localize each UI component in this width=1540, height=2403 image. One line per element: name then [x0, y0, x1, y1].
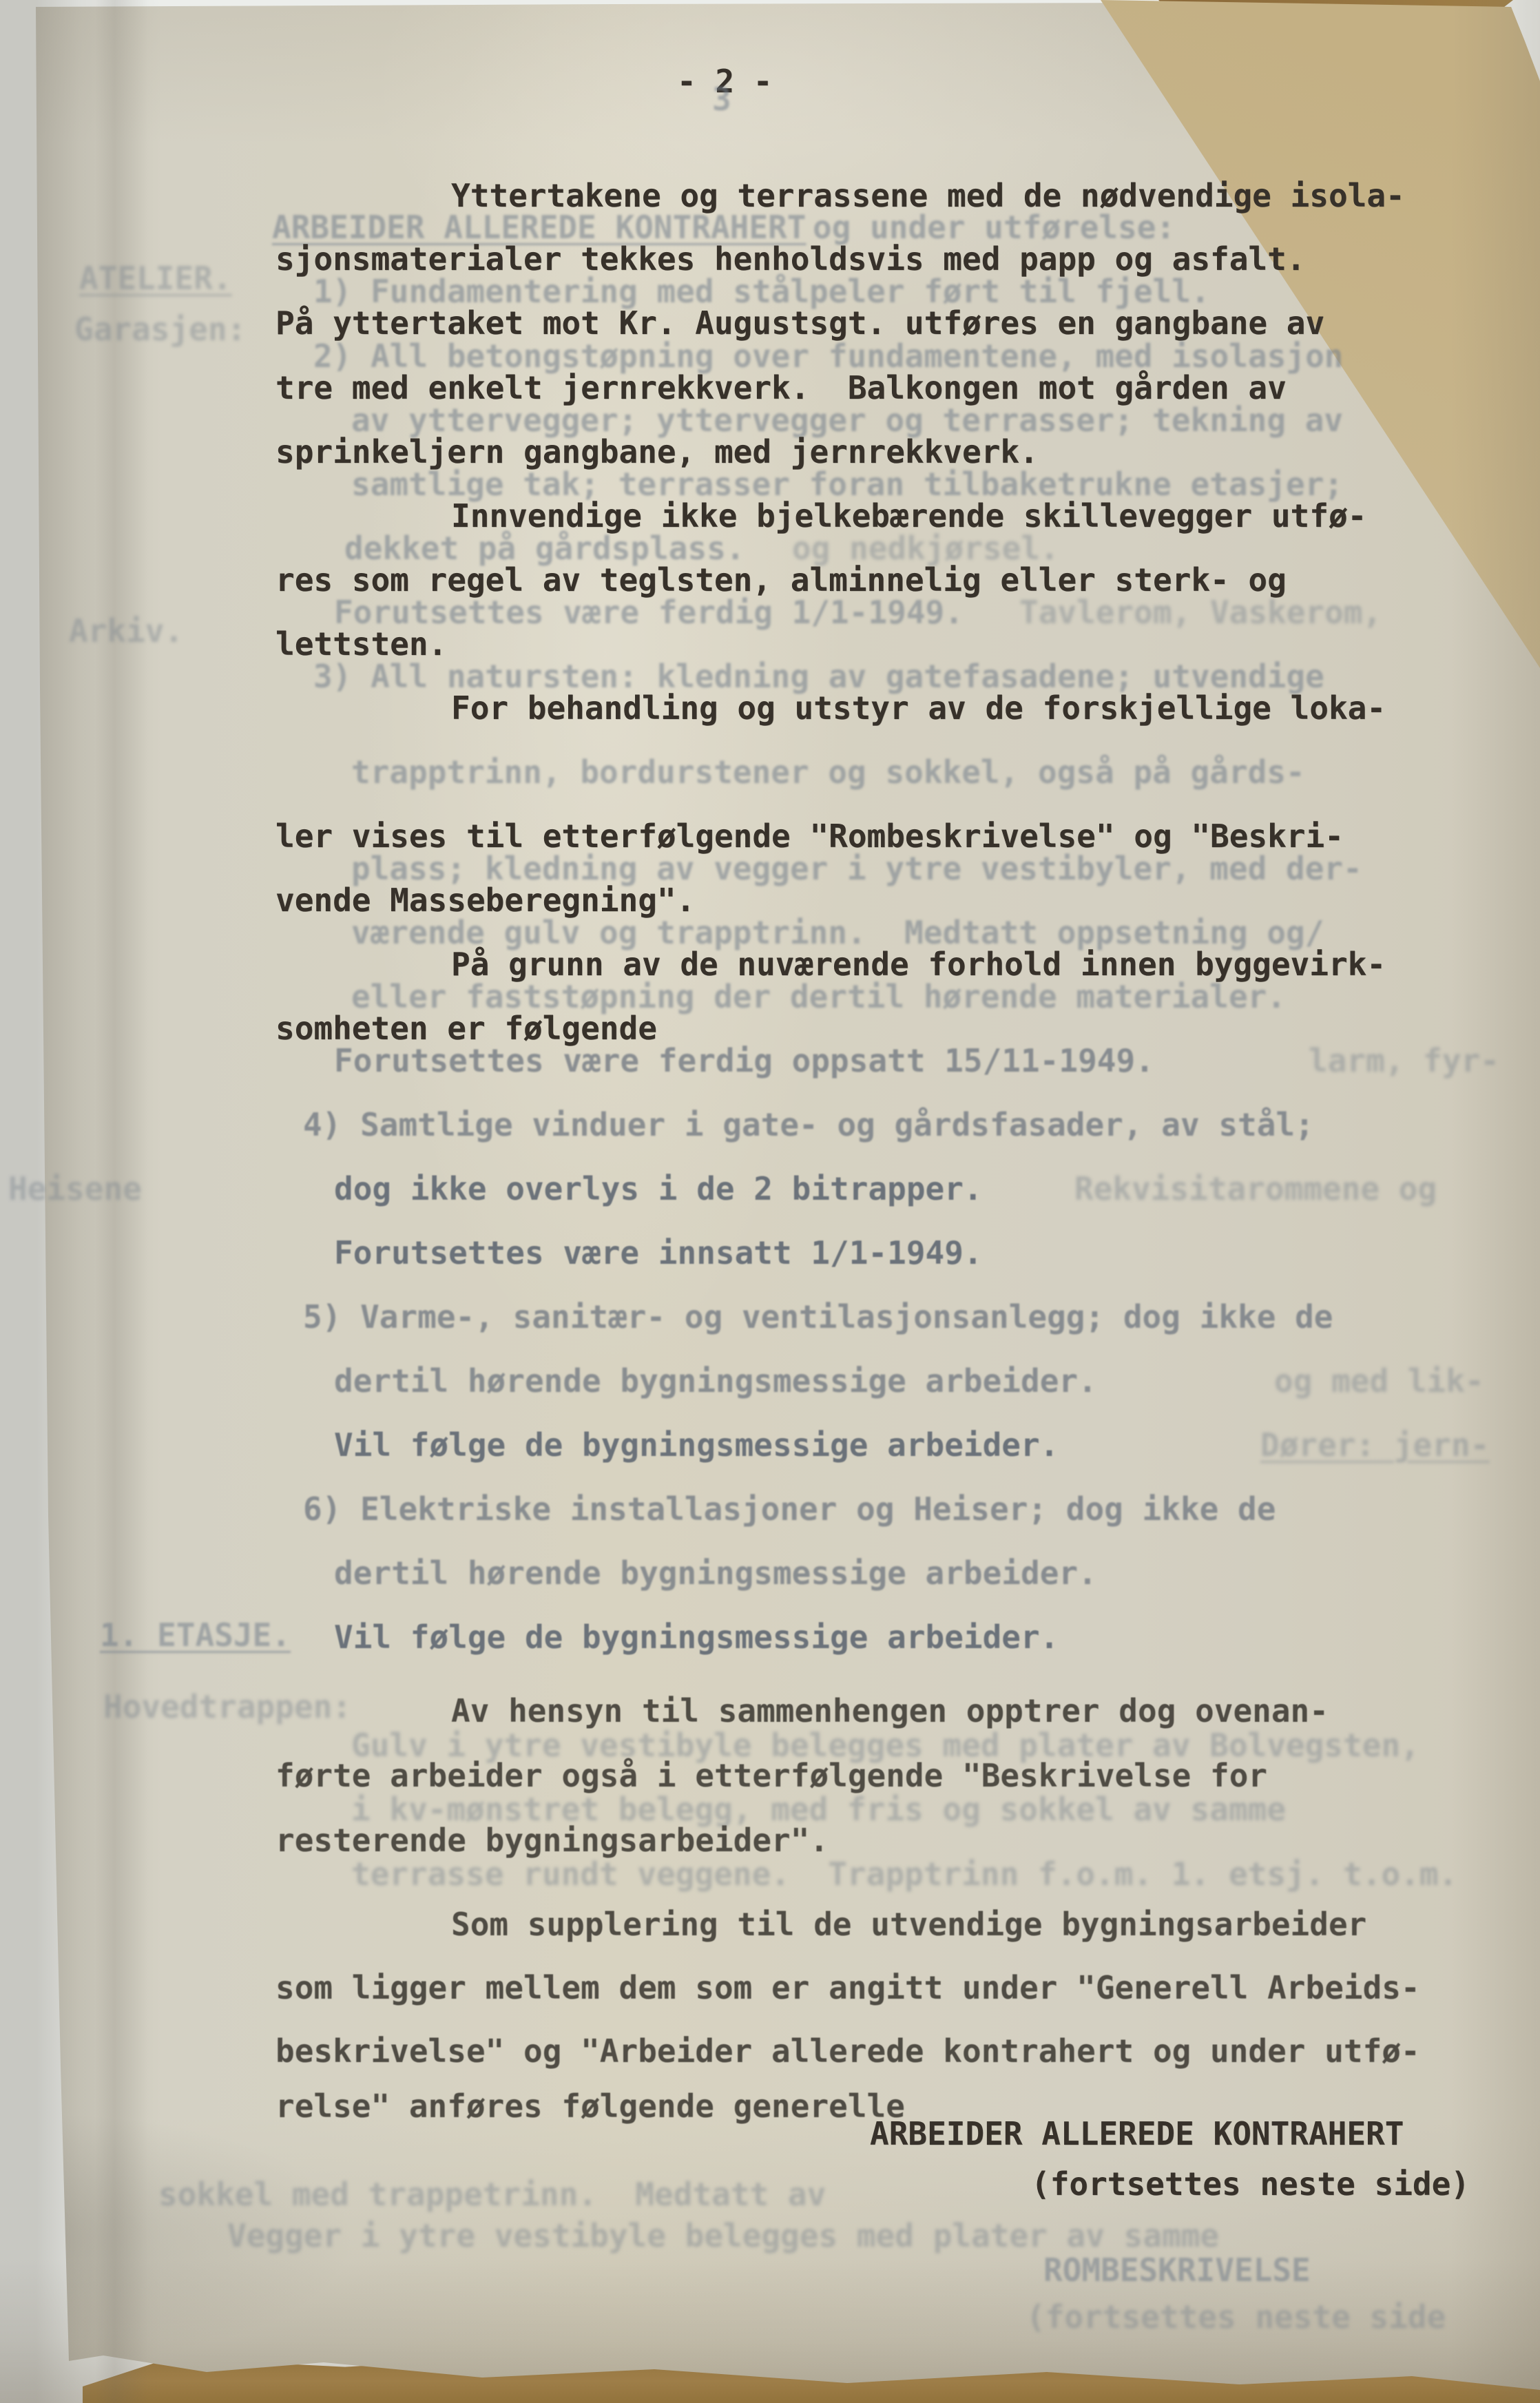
- typed-line: ler vises til etterfølgende "Rombeskrive…: [275, 818, 1344, 855]
- typed-line: sjonsmaterialer tekkes henholdsvis med p…: [275, 241, 1306, 278]
- typed-line: som ligger mellem dem som er angitt unde…: [275, 1970, 1420, 2006]
- typed-line: Som supplering til de utvendige bygnings…: [451, 1906, 1366, 1943]
- typed-line: Vil følge de bygningsmessige arbeider.: [334, 1427, 1059, 1464]
- margin-label: Heisene: [8, 1171, 142, 1207]
- ghost-line: Dører: jern-: [1260, 1427, 1489, 1464]
- document-text-layer: - 2 -3Yttertakene og terrassene med de n…: [0, 0, 1540, 2403]
- typed-line: tre med enkelt jernrekkverk. Balkongen m…: [275, 370, 1287, 406]
- typed-line: For behandling og utstyr av de forskjell…: [451, 690, 1386, 727]
- ghost-line: Tavlerom, Vaskerom,: [1019, 594, 1382, 631]
- typed-line: res som regel av teglsten, alminnelig el…: [275, 562, 1287, 599]
- ghost-line: Rekvisitarommene og: [1074, 1171, 1437, 1207]
- typed-line: 4) Samtlige vinduer i gate- og gårdsfasa…: [303, 1107, 1314, 1143]
- ghost-line: (fortsettes neste side: [1026, 2299, 1446, 2336]
- typed-line: På grunn av de nuværende forhold innen b…: [451, 946, 1386, 983]
- ghost-line: terrasse rundt veggene. Trapptrinn f.o.m…: [351, 1856, 1457, 1893]
- typed-line: somheten er følgende: [275, 1010, 657, 1047]
- typed-line: beskrivelse" og "Arbeider allerede kontr…: [275, 2033, 1420, 2070]
- typed-line: vende Masseberegning".: [275, 882, 695, 919]
- ghost-line: sokkel med trappetrinn. Medtatt av: [158, 2176, 826, 2213]
- typed-line: resterende bygningsarbeider".: [275, 1822, 829, 1859]
- margin-label: 1. ETASJE.: [100, 1617, 291, 1654]
- typed-line: Forutsettes være ferdig oppsatt 15/11-19…: [334, 1043, 1154, 1079]
- typed-line: dog ikke overlys i de 2 bitrapper.: [334, 1171, 983, 1207]
- typed-line: 5) Varme-, sanitær- og ventilasjonsanleg…: [303, 1299, 1333, 1335]
- margin-label: Arkiv.: [69, 613, 183, 649]
- continuation-note: (fortsettes neste side): [1031, 2166, 1470, 2203]
- margin-label: Garasjen:: [74, 311, 246, 348]
- typed-line: Forutsettes være innsatt 1/1-1949.: [334, 1235, 983, 1271]
- typed-line: dertil hørende bygningsmessige arbeider.: [334, 1555, 1097, 1592]
- typed-line: dertil hørende bygningsmessige arbeider.: [334, 1363, 1097, 1400]
- typed-line: sprinkeljern gangbane, med jernrekkverk.: [275, 434, 1039, 470]
- ghost-line: trapptrinn, bordurstener og sokkel, også…: [351, 754, 1305, 791]
- typed-line: 6) Elektriske installasjoner og Heiser; …: [303, 1491, 1276, 1528]
- typed-line: lettsten.: [275, 626, 447, 663]
- typed-line: Av hensyn til sammenhengen opptrer dog o…: [451, 1693, 1329, 1729]
- margin-label: Hovedtrappen:: [103, 1689, 351, 1725]
- typed-line: førte arbeider også i etterfølgende "Bes…: [275, 1758, 1267, 1794]
- ghost-page-number: 3: [712, 81, 731, 118]
- section-heading: ARBEIDER ALLEREDE KONTRAHERT: [870, 2116, 1404, 2152]
- typed-line: På yttertaket mot Kr. Augustsgt. utføres…: [275, 305, 1324, 342]
- ghost-line: larm, fyr-: [1309, 1043, 1499, 1079]
- typed-line: Innvendige ikke bjelkebærende skillevegg…: [451, 498, 1366, 534]
- ghost-line: Vegger i ytre vestibyle belegges med pla…: [227, 2218, 1219, 2254]
- margin-label: ATELIER.: [79, 260, 232, 297]
- typed-line: Vil følge de bygningsmessige arbeider.: [334, 1619, 1059, 1656]
- ghost-line: og med lik-: [1274, 1363, 1484, 1400]
- typed-line: relse" anføres følgende generelle: [275, 2088, 905, 2125]
- ghost-line: ROMBESKRIVELSE: [1043, 2252, 1311, 2289]
